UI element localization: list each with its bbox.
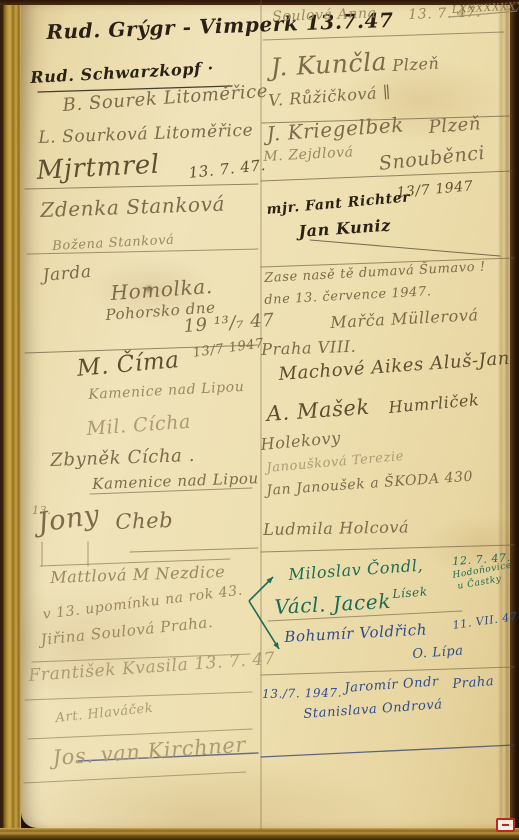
book-page-stack-bottom xyxy=(0,828,519,840)
scanner-mark-bar xyxy=(502,824,509,826)
book-edge-right xyxy=(510,5,519,828)
scanner-mark-icon xyxy=(496,818,515,832)
notebook-page xyxy=(21,5,510,828)
next-page-edge xyxy=(498,5,510,828)
book-gilt-binding xyxy=(0,5,21,828)
